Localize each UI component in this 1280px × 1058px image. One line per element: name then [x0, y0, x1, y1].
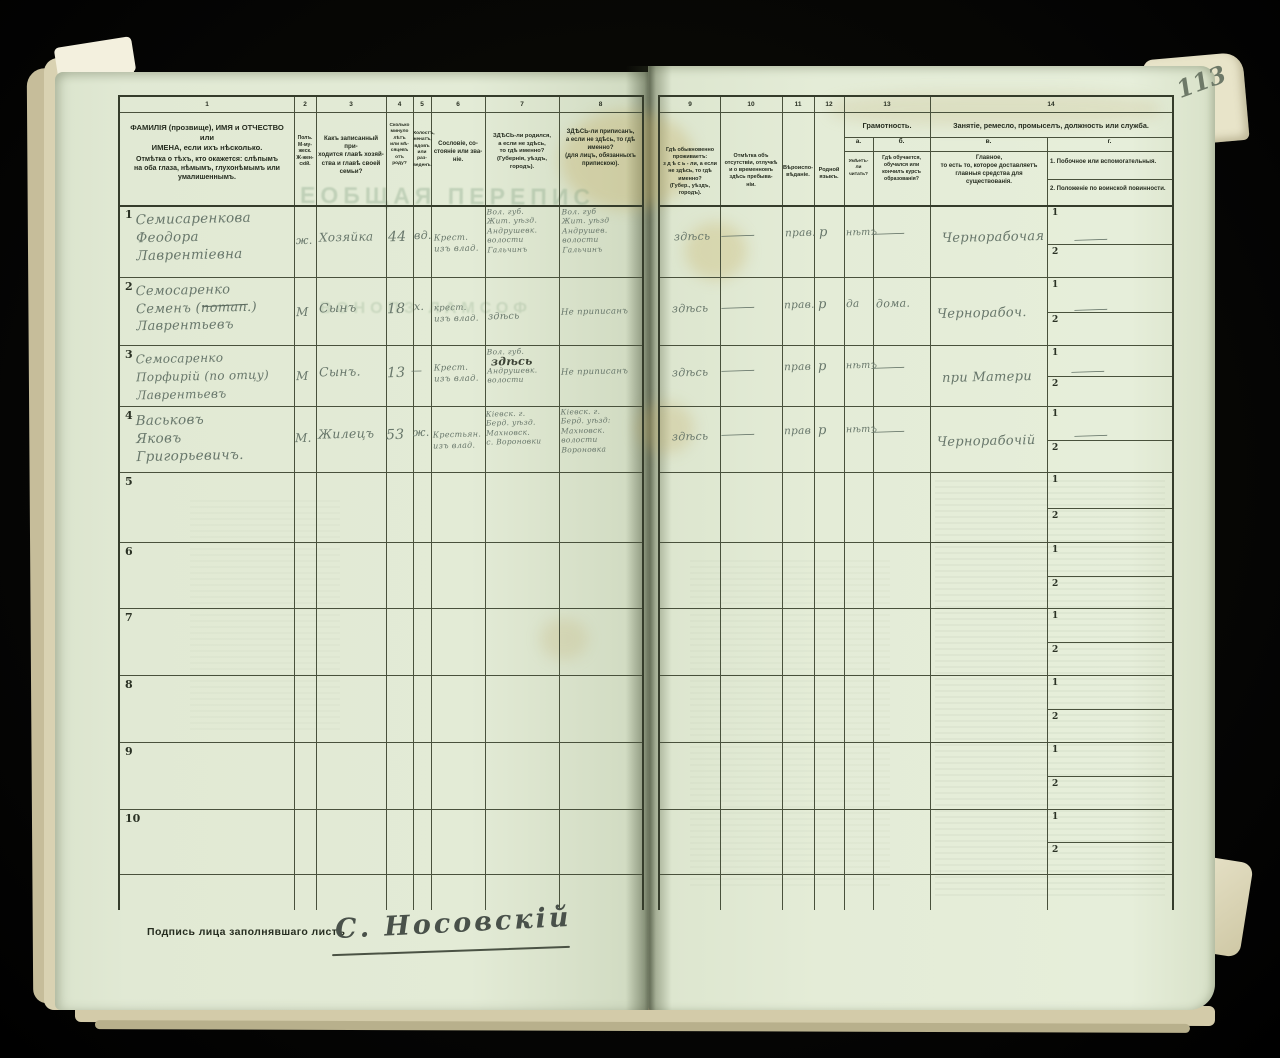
header-letter-v: в. — [930, 138, 1047, 147]
entry-literate: да — [846, 297, 860, 311]
entry-age: 18 — [387, 300, 406, 319]
entry-language: р — [818, 422, 827, 440]
entry-sex: М. — [295, 430, 312, 447]
col-number-13: 13 — [844, 98, 930, 111]
header-main-occupation: Главное, то есть то, которое доставляетъ… — [933, 155, 1045, 187]
sub-line — [1047, 508, 1172, 509]
entry-marital: х. — [414, 300, 425, 315]
sub1-label: 1 — [1052, 208, 1058, 218]
entry-relation: Сынъ. — [319, 364, 361, 382]
sub1-label: 1 — [1052, 745, 1058, 755]
entry-side-occupation: — — [1085, 231, 1098, 247]
sub1-label: 1 — [1052, 545, 1058, 555]
header-sex: Полъ. М-му- жеск. Ж-жен- скій. — [294, 135, 316, 168]
sub2-label: 2 — [1052, 579, 1058, 589]
column-line — [1047, 137, 1048, 910]
row-line — [120, 874, 642, 875]
entry-sex: ж. — [296, 234, 313, 249]
entry-sex: М — [296, 368, 309, 384]
row-line — [120, 472, 642, 473]
column-line — [844, 97, 845, 910]
sub1-label: 1 — [1052, 611, 1058, 621]
pencil-dash: — — [719, 361, 758, 378]
sub2-label: 2 — [1052, 645, 1058, 655]
entry-relation: Хозяйка — [319, 228, 374, 245]
census-table-right: 9 10 11 12 13 14 Гдѣ обыкновенно прожива… — [658, 95, 1174, 910]
header-estate: Сословіе, со- стояніе или зва- ніе. — [432, 141, 484, 165]
entry-registration: Вол. губ Жит. уѣзд Андрушев. волости Гал… — [562, 207, 611, 255]
pencil-dash: — — [719, 226, 758, 243]
entry-religion: прав — [784, 424, 811, 439]
row-line — [660, 542, 1172, 543]
header-can-read: Умѣетъ- ли читать? — [845, 159, 872, 178]
entry-side-occupation: — — [1085, 427, 1098, 443]
column-line — [814, 97, 815, 910]
group-line — [844, 151, 1172, 152]
row-line — [120, 809, 642, 810]
entry-absence: — — [732, 227, 745, 243]
entry-residence: здѣсь — [672, 302, 709, 318]
entry-marital: вд. — [414, 229, 432, 244]
entry-education: — — [882, 225, 895, 241]
row-line — [660, 277, 1172, 278]
entry-residence: здѣсь — [674, 230, 711, 246]
sub2-label: 2 — [1052, 845, 1058, 855]
header-registration: ЗДѢСЬ-ли приписанъ, а если не здѣсь, то … — [560, 129, 641, 169]
column-line — [294, 97, 295, 910]
entry-education: — — [882, 359, 895, 375]
col-number-10: 10 — [720, 98, 782, 111]
sub-line — [1047, 709, 1172, 710]
header-military-duty: 2. Положеніе по воинской повинности. — [1050, 186, 1170, 194]
col-number-5: 5 — [413, 98, 431, 111]
header-residence: Гдѣ обыкновенно проживаетъ: з д ѣ с ь - … — [661, 147, 719, 197]
pencil-dash: — — [869, 422, 908, 439]
col-number-9: 9 — [660, 98, 720, 111]
column-line — [413, 97, 414, 910]
entry-name: Васьковъ Яковъ Григорьевичъ. — [135, 410, 243, 467]
header-age: Сколько минуло лѣтъ или мѣ- сяцевъ отъ р… — [386, 123, 413, 167]
header-marital: Холостъ, женатъ, вдовъ или раз- веденъ. — [413, 131, 431, 169]
header-religion: Вѣроиспо- вѣданіе. — [783, 165, 813, 180]
entry-sex: М — [296, 304, 309, 320]
sub2-label: 2 — [1052, 779, 1058, 789]
column-line — [559, 97, 560, 910]
row-line — [120, 112, 642, 113]
row-number: 5 — [125, 475, 133, 488]
pencil-dash: — — [1072, 230, 1111, 247]
sub2-label: 2 — [1052, 712, 1058, 722]
sub1-label: 1 — [1052, 812, 1058, 822]
col-number-8: 8 — [559, 98, 642, 111]
row-line — [660, 472, 1172, 473]
col-number-11: 11 — [782, 98, 814, 111]
entry-side-occupation: — — [1085, 301, 1098, 317]
column-line — [720, 97, 721, 910]
row-line — [660, 112, 1172, 113]
sub1-label: 1 — [1052, 348, 1058, 358]
sub1-label: 1 — [1052, 409, 1058, 419]
header-letter-a: а. — [844, 138, 873, 147]
column-line — [782, 97, 783, 910]
sub2-label: 2 — [1052, 443, 1058, 453]
row-number: 6 — [125, 545, 133, 558]
column-line — [316, 97, 317, 910]
entry-absence: — — [732, 426, 745, 442]
row-line — [660, 874, 1172, 875]
entry-language: р — [819, 224, 828, 242]
sub2-label: 2 — [1052, 247, 1058, 257]
group-line — [1047, 179, 1172, 180]
entry-name: Семисаренкова Феодора Лаврентіевна — [135, 209, 251, 266]
header-surname: ФАМИЛІЯ (прозвище), ИМЯ и ОТЧЕСТВО или И… — [126, 123, 288, 153]
header-occupation-group: Занятіе, ремесло, промыселъ, должность и… — [934, 121, 1168, 131]
header-literacy-group: Грамотность. — [846, 121, 928, 131]
row-number: 3 — [125, 348, 133, 361]
sub2-label: 2 — [1052, 315, 1058, 325]
scanned-census-book: { "page_number": "113", "cols": { "nums"… — [0, 0, 1280, 1058]
entry-side-occupation: — — [1082, 363, 1095, 379]
row-number: 8 — [125, 678, 133, 691]
sub-line — [1047, 776, 1172, 777]
entry-occupation: Чернорабочая — [942, 228, 1045, 248]
entry-residence: здѣсь — [672, 430, 709, 446]
row-line — [660, 345, 1172, 346]
header-letter-g: г. — [1047, 138, 1172, 147]
entry-estate: Крест. изъ влад. — [434, 233, 479, 257]
col-number-1: 1 — [120, 98, 294, 111]
sub2-label: 2 — [1052, 379, 1058, 389]
pencil-dash: — — [869, 358, 908, 375]
entry-occupation: при Матери — [942, 368, 1032, 387]
col-number-7: 7 — [485, 98, 559, 111]
entry-name: Семосаренко Семенъ (потап.) Лаврентьевъ — [135, 281, 257, 336]
entry-birthplace: Вол. губ. Жит. уѣзд. Андрушевк. волости … — [487, 206, 538, 254]
col-number-14: 14 — [930, 98, 1172, 111]
header-bottom-line — [660, 205, 1172, 207]
row-number: 4 — [125, 409, 133, 422]
entry-name: Семосаренко Порфирій (по отцу) Лаврентье… — [135, 348, 269, 405]
entry-estate: Крестьян. изъ влад. — [433, 429, 482, 452]
row-line — [660, 742, 1172, 743]
header-relation: Какъ записанный при- ходится главѣ хозяй… — [318, 135, 384, 176]
sub-line — [1047, 376, 1172, 377]
entry-age: 44 — [388, 228, 407, 247]
entry-education: — — [882, 423, 895, 439]
row-line — [660, 675, 1172, 676]
pencil-dash: — — [1069, 362, 1108, 379]
entry-birthplace-overwrite: здѣсь — [491, 355, 533, 371]
entry-registration: Кіевск. г. Берд. уѣзд: Махновск. волости… — [561, 406, 612, 454]
row-number: 2 — [125, 280, 133, 293]
sub-line — [1047, 842, 1172, 843]
pencil-dash: — — [719, 298, 758, 315]
sub1-label: 1 — [1052, 280, 1058, 290]
header-birthplace: ЗДѢСЬ-ли родился, а если не здѣсь, то гд… — [486, 133, 558, 171]
header-letter-b: б. — [873, 138, 930, 147]
entry-education: дома. — [876, 297, 911, 313]
row-line — [120, 608, 642, 609]
row-line — [120, 277, 642, 278]
entry-birthplace: здѣсь — [488, 311, 520, 324]
pencil-dash: — — [719, 425, 758, 442]
entry-religion: прав — [784, 360, 811, 375]
entry-estate: крест. изъ влад. — [434, 303, 479, 327]
col-number-4: 4 — [386, 98, 413, 111]
row-line — [660, 809, 1172, 810]
entry-age: 13 — [387, 364, 406, 383]
entry-registration: Не приписанъ — [561, 366, 628, 379]
header-language: Родной языкъ. — [815, 167, 843, 182]
sub1-label: 1 — [1052, 475, 1058, 485]
sub-line — [1047, 576, 1172, 577]
row-line — [120, 675, 642, 676]
pencil-dash: — — [1072, 426, 1111, 443]
col-number-3: 3 — [316, 98, 386, 111]
header-side-occupation: 1. Побочное или вспомогательныя. — [1050, 159, 1170, 167]
entry-religion: прав. — [785, 226, 816, 241]
row-number: 10 — [125, 812, 140, 825]
entry-occupation: Чернорабочій — [937, 432, 1036, 452]
entry-marital: — — [411, 364, 423, 379]
entry-birthplace: Кіевск. г. Берд. уѣзд. Махновск. с. Воро… — [486, 408, 542, 447]
row-line — [120, 345, 642, 346]
entry-absence: — — [732, 362, 745, 378]
row-line — [120, 742, 642, 743]
pencil-dash: — — [869, 224, 908, 241]
header-surname-note: Отмѣтка о тѣхъ, кто окажется: слѣпымъ на… — [126, 155, 288, 183]
entry-relation: Сынъ — [319, 300, 357, 318]
row-number: 9 — [125, 745, 133, 758]
entry-marital: ж. — [413, 426, 430, 441]
entry-relation: Жилецъ — [318, 425, 375, 443]
col-number-12: 12 — [814, 98, 844, 111]
sub-line — [1047, 642, 1172, 643]
entry-residence: здѣсь — [672, 366, 709, 382]
row-line — [660, 608, 1172, 609]
col-number-6: 6 — [431, 98, 485, 111]
entry-language: р — [818, 296, 827, 314]
row-number: 1 — [125, 208, 133, 221]
entry-age: 53 — [386, 426, 405, 445]
entry-language: р — [818, 358, 827, 376]
row-line — [120, 542, 642, 543]
sub2-label: 2 — [1052, 511, 1058, 521]
census-table-left: 1 2 3 4 5 6 7 8 ФАМИЛІЯ (прозвище), ИМЯ … — [118, 95, 644, 910]
row-line — [660, 406, 1172, 407]
column-line — [431, 97, 432, 910]
header-absence: Отмѣтка объ отсутствіи, отлучкѣ и о врем… — [721, 153, 781, 189]
signature-label: Подпись лица заполнявшаго листъ — [147, 926, 345, 940]
row-number: 7 — [125, 611, 133, 624]
column-line — [386, 97, 387, 910]
column-line — [873, 137, 874, 910]
sub1-label: 1 — [1052, 678, 1058, 688]
entry-estate: Крест. изъ влад. — [434, 363, 479, 387]
entry-registration: Не приписанъ — [561, 306, 628, 319]
entry-religion: прав. — [784, 298, 815, 313]
header-education: Гдѣ обучается, обучался или кончилъ курс… — [874, 155, 929, 182]
pencil-dash: — — [1072, 300, 1111, 317]
column-line — [930, 97, 931, 910]
entry-absence: — — [732, 299, 745, 315]
col-number-2: 2 — [294, 98, 316, 111]
entry-occupation: Чернорабоч. — [937, 304, 1027, 323]
